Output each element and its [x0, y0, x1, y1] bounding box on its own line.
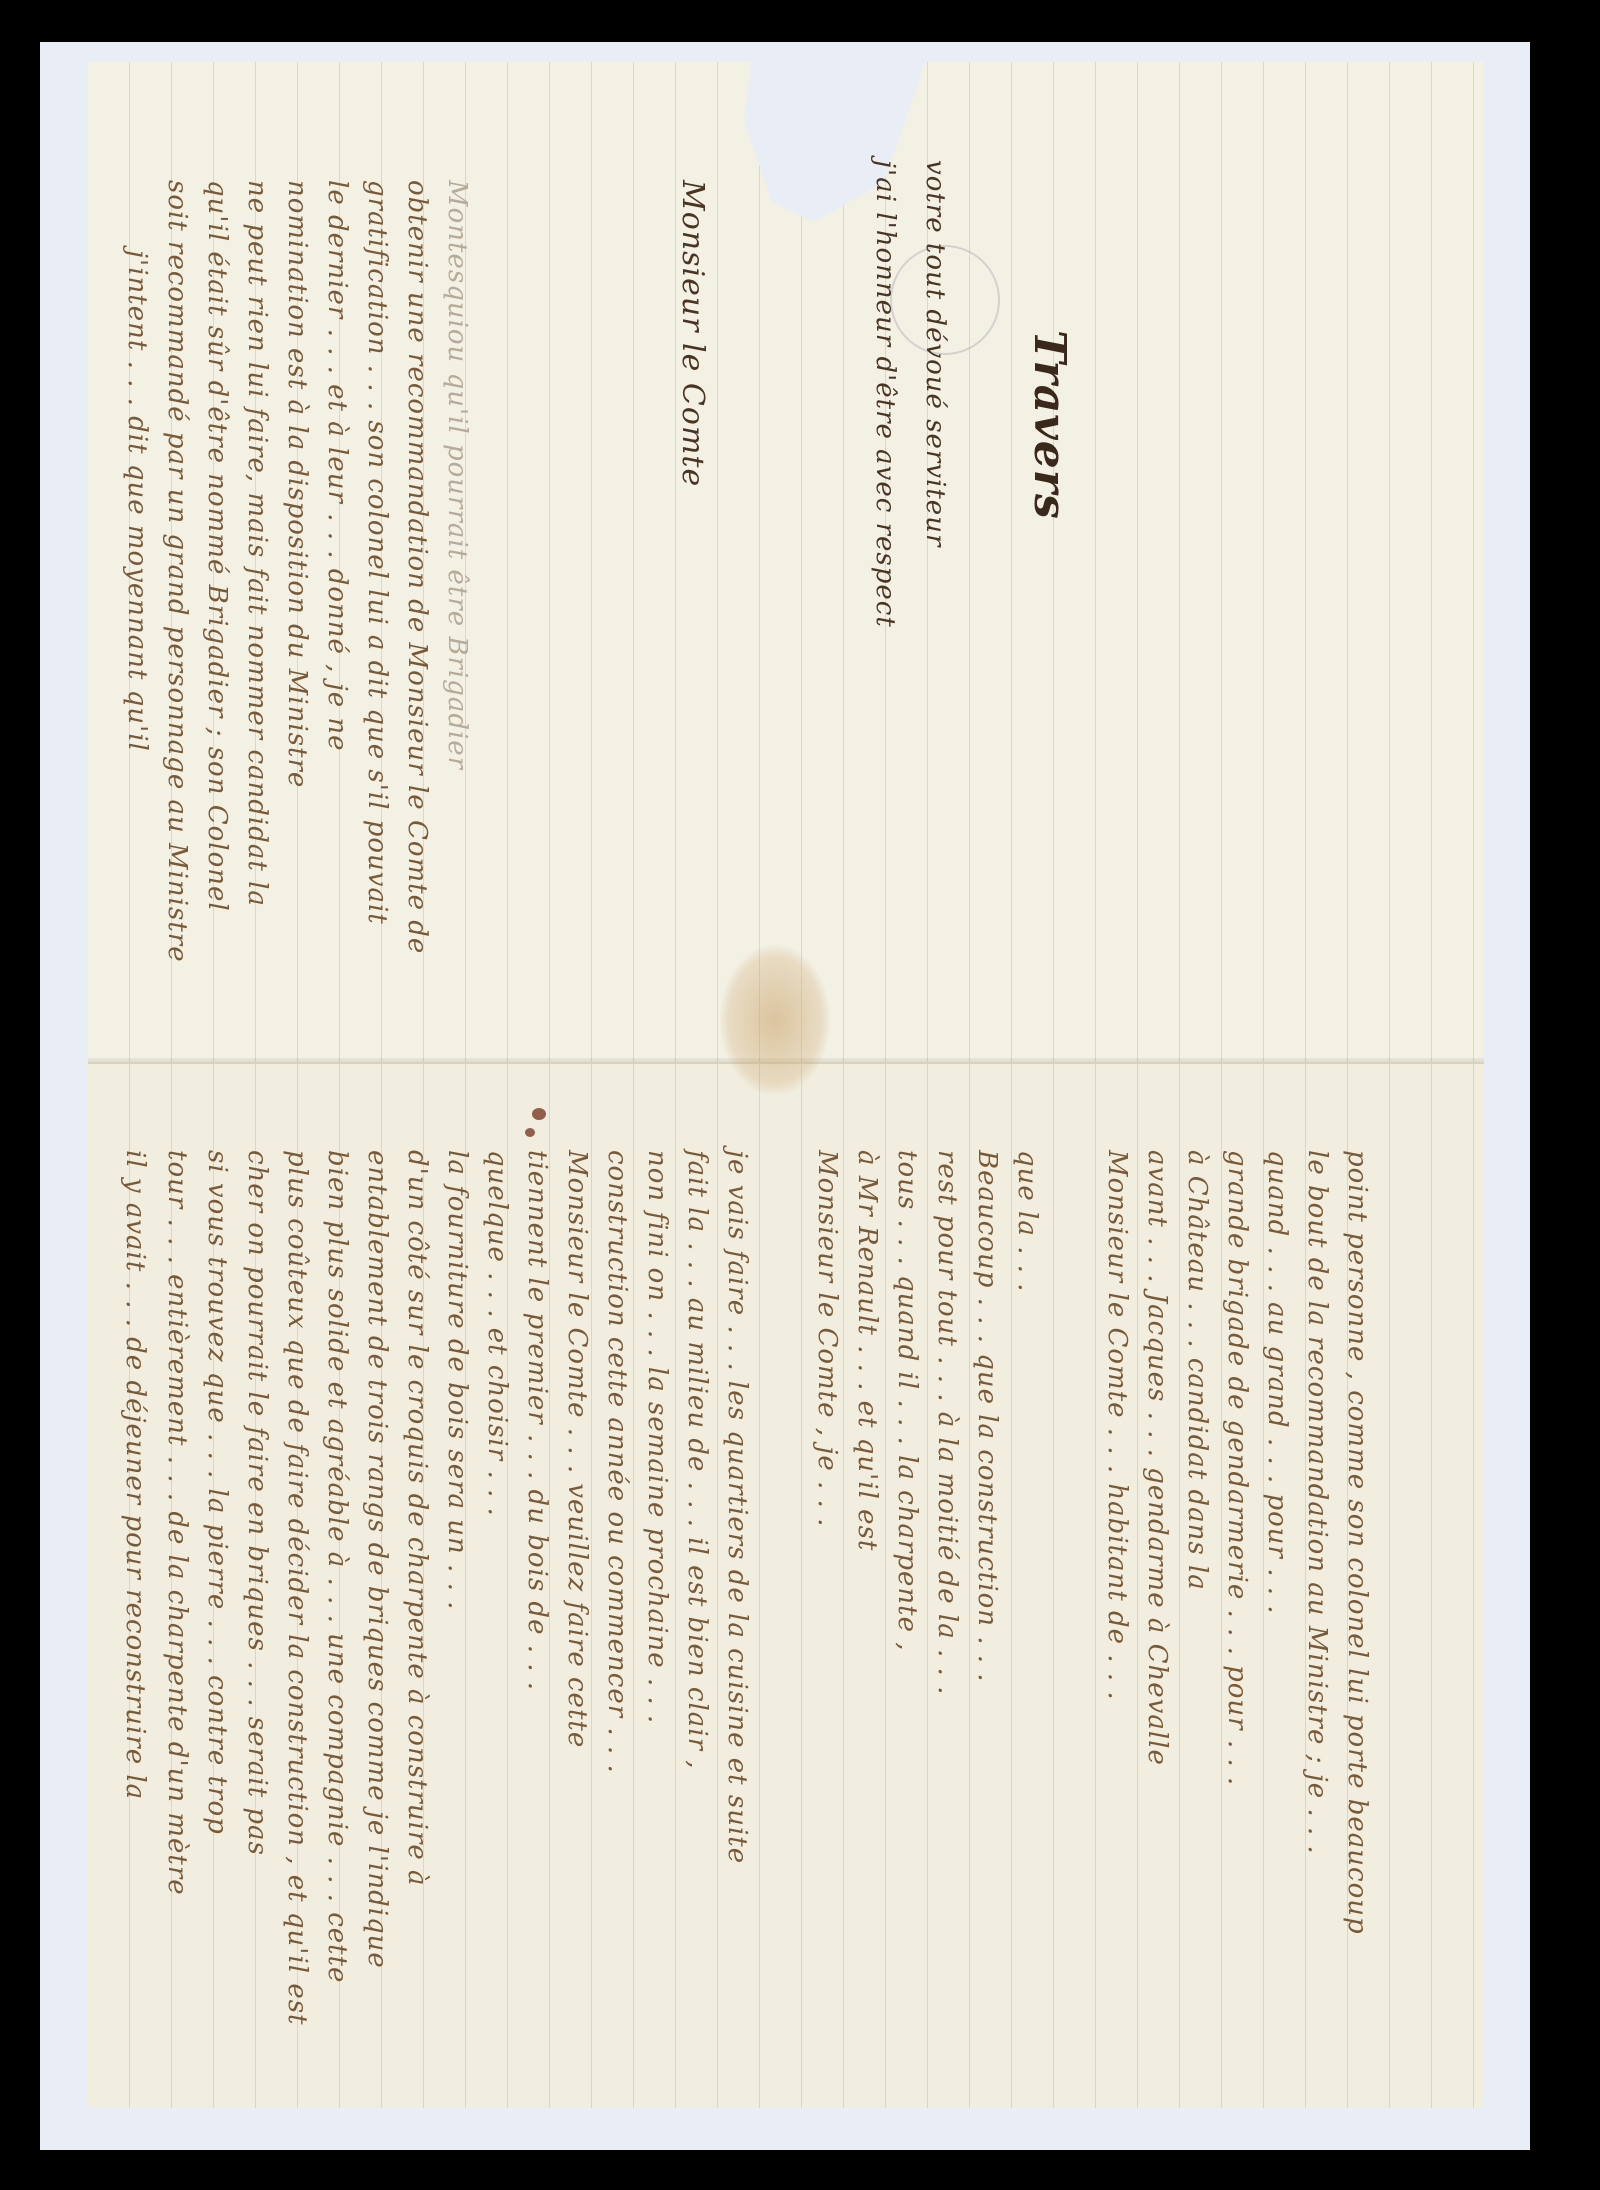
body-line: obtenir une recommandation de Monsieur l… — [402, 180, 432, 954]
body-line: la fourniture de bois sera un . . . — [442, 1150, 472, 1610]
body-line: soit recommandé par un grand personnage … — [162, 180, 192, 963]
body-line: à Château . . . candidat dans la — [1182, 1150, 1212, 1591]
body-line: gratification . . . son colonel lui a di… — [362, 180, 392, 925]
body-line: avant . . . Jacques . . . gendarme à Che… — [1142, 1150, 1172, 1766]
body-line: que la . . . — [1012, 1150, 1042, 1292]
body-line: Monsieur le Comte . . . veuillez faire c… — [562, 1150, 592, 1748]
body-line: si vous trouvez que . . . la pierre . . … — [202, 1150, 232, 1835]
body-line: il y avait . . . de déjeuner pour recons… — [120, 1150, 150, 1800]
body-line: tour . . . entièrement . . . de la charp… — [162, 1150, 192, 1896]
body-line: entablement de trois rangs de briques co… — [362, 1150, 392, 1969]
body-line: cher on pourrait le faire en briques . .… — [242, 1150, 272, 1856]
body-line: Monsieur le Comte . . . habitant de . . … — [1102, 1150, 1132, 1701]
body-line: tiennent le premier . . . du bois de . .… — [522, 1150, 552, 1691]
body-line: rest pour tout . . . à la moitié de la .… — [932, 1150, 962, 1695]
body-line: non fini on . . . la semaine prochaine .… — [642, 1150, 672, 1724]
body-line: j'intent . . . dit que moyennant qu'il — [122, 250, 152, 752]
ink-spot — [532, 1108, 546, 1120]
body-line: point personne , comme son colonel lui p… — [1342, 1150, 1372, 1935]
body-line: quand . . . au grand . . . pour . . . — [1262, 1150, 1292, 1615]
body-line: ne peut rien lui faire, mais fait nommer… — [242, 180, 272, 907]
ink-spot — [525, 1128, 535, 1137]
salutation: Monsieur le Comte — [675, 180, 710, 487]
closing-line-1: j'ai l'honneur d'être avec respect — [870, 160, 900, 628]
body-line: d'un côté sur le croquis de charpente à … — [402, 1150, 432, 1887]
wax-seal-stain — [720, 945, 830, 1095]
body-line: Monsieur le Comte , je . . . — [812, 1150, 842, 1527]
body-line: quelque . . . et choisir . . . — [482, 1150, 512, 1517]
body-line: construction cette année ou commencer . … — [602, 1150, 632, 1774]
body-line: je vais faire . . . les quartiers de la … — [722, 1150, 752, 1864]
signature: Travers — [1024, 330, 1075, 520]
body-line: tous . . . quand il . . . la charpente , — [892, 1150, 922, 1652]
body-line: grande brigade de gendarmerie . . . pour… — [1222, 1150, 1252, 1786]
body-line: fait la . . . au milieu de . . . il est … — [682, 1150, 712, 1770]
body-line: bien plus solide et agréable à . . . une… — [322, 1150, 352, 1983]
body-line: à Mr Renault . . . et qu'il est — [852, 1150, 882, 1551]
body-line: Beaucoup . . . que la construction . . . — [972, 1150, 1002, 1683]
body-line: le dernier . . . et à leur . . . donné ,… — [322, 180, 352, 752]
body-line: Montesquiou qu'il pourrait être Brigadie… — [442, 180, 472, 770]
body-line: nomination est à la disposition du Minis… — [282, 180, 312, 788]
body-line: plus coûteux que de faire décider la con… — [282, 1150, 312, 2026]
closing-line-2: votre tout dévoué serviteur — [920, 160, 950, 547]
body-line: qu'il était sûr d'être nommé Brigadier ;… — [202, 180, 232, 912]
body-line: le bout de la recommandation au Ministre… — [1302, 1150, 1332, 1855]
